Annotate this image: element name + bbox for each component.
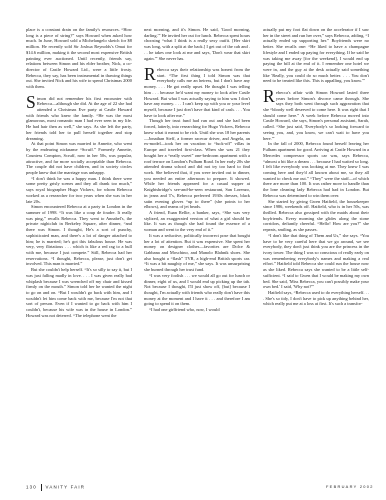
paragraph-dropcap: Simon did not remember his first encount… bbox=[26, 96, 132, 142]
paragraph: actually put my foot flat down on the ac… bbox=[263, 27, 369, 84]
text-column-1: place is a constant drain on the family'… bbox=[26, 27, 132, 319]
paragraph: “I had one girlfriend who, now, I would bbox=[144, 307, 250, 313]
drop-cap: R bbox=[144, 68, 156, 81]
paragraph: Simon encountered Rebecca at a party in … bbox=[26, 204, 132, 267]
paragraph: next morning, and it's Simon. He said, '… bbox=[144, 27, 250, 61]
paragraph: “I was very foolish . . . we would all g… bbox=[144, 273, 250, 307]
paragraph: Hatfield says, “Rebecca used to do every… bbox=[263, 290, 369, 307]
paragraph-text: ebecca says their relationship was hones… bbox=[144, 67, 250, 118]
paragraph: place is a constant drain on the family'… bbox=[26, 27, 132, 90]
text-column-2: next morning, and it's Simon. He said, '… bbox=[144, 27, 250, 313]
paragraph: Though her trust fund had run out and sh… bbox=[144, 118, 250, 210]
page-footer-left: 130VANITY FAIR bbox=[26, 484, 85, 491]
paragraph: “I don't think he was a happy man. I thi… bbox=[26, 176, 132, 205]
footer-divider bbox=[41, 484, 42, 491]
issue-date: FEBRUARY 2002 bbox=[326, 484, 374, 489]
publication-name: VANITY FAIR bbox=[46, 485, 86, 490]
drop-cap: R bbox=[263, 90, 275, 103]
paragraph-dropcap: Rebecca says their relationship was hone… bbox=[144, 67, 250, 118]
paragraph: At that point Simon was married to Annet… bbox=[26, 141, 132, 175]
paragraph: “I don't like that thing of Them and Us,… bbox=[263, 233, 369, 290]
paragraph-text: imon did not remember his first encounte… bbox=[26, 96, 132, 141]
page-number: 130 bbox=[26, 485, 37, 490]
drop-cap: S bbox=[26, 96, 36, 109]
paragraph: In the fall of 2000, Rebecca found herse… bbox=[263, 141, 369, 198]
paragraph: But she couldn't help herself. “It's so … bbox=[26, 267, 132, 318]
magazine-page: place is a constant drain on the family'… bbox=[0, 0, 386, 500]
text-column-3: actually put my foot flat down on the ac… bbox=[263, 27, 369, 307]
paragraph-text: ebecca's affair with Simon Howard lasted… bbox=[263, 90, 369, 141]
paragraph: It was a seductive, politically incorrec… bbox=[144, 233, 250, 273]
paragraph: A friend, Euan Rellie, a banker, says, “… bbox=[144, 210, 250, 233]
paragraph-dropcap: Rebecca's affair with Simon Howard laste… bbox=[263, 90, 369, 141]
paragraph: She started by giving Gwen Hatfield, the… bbox=[263, 199, 369, 233]
